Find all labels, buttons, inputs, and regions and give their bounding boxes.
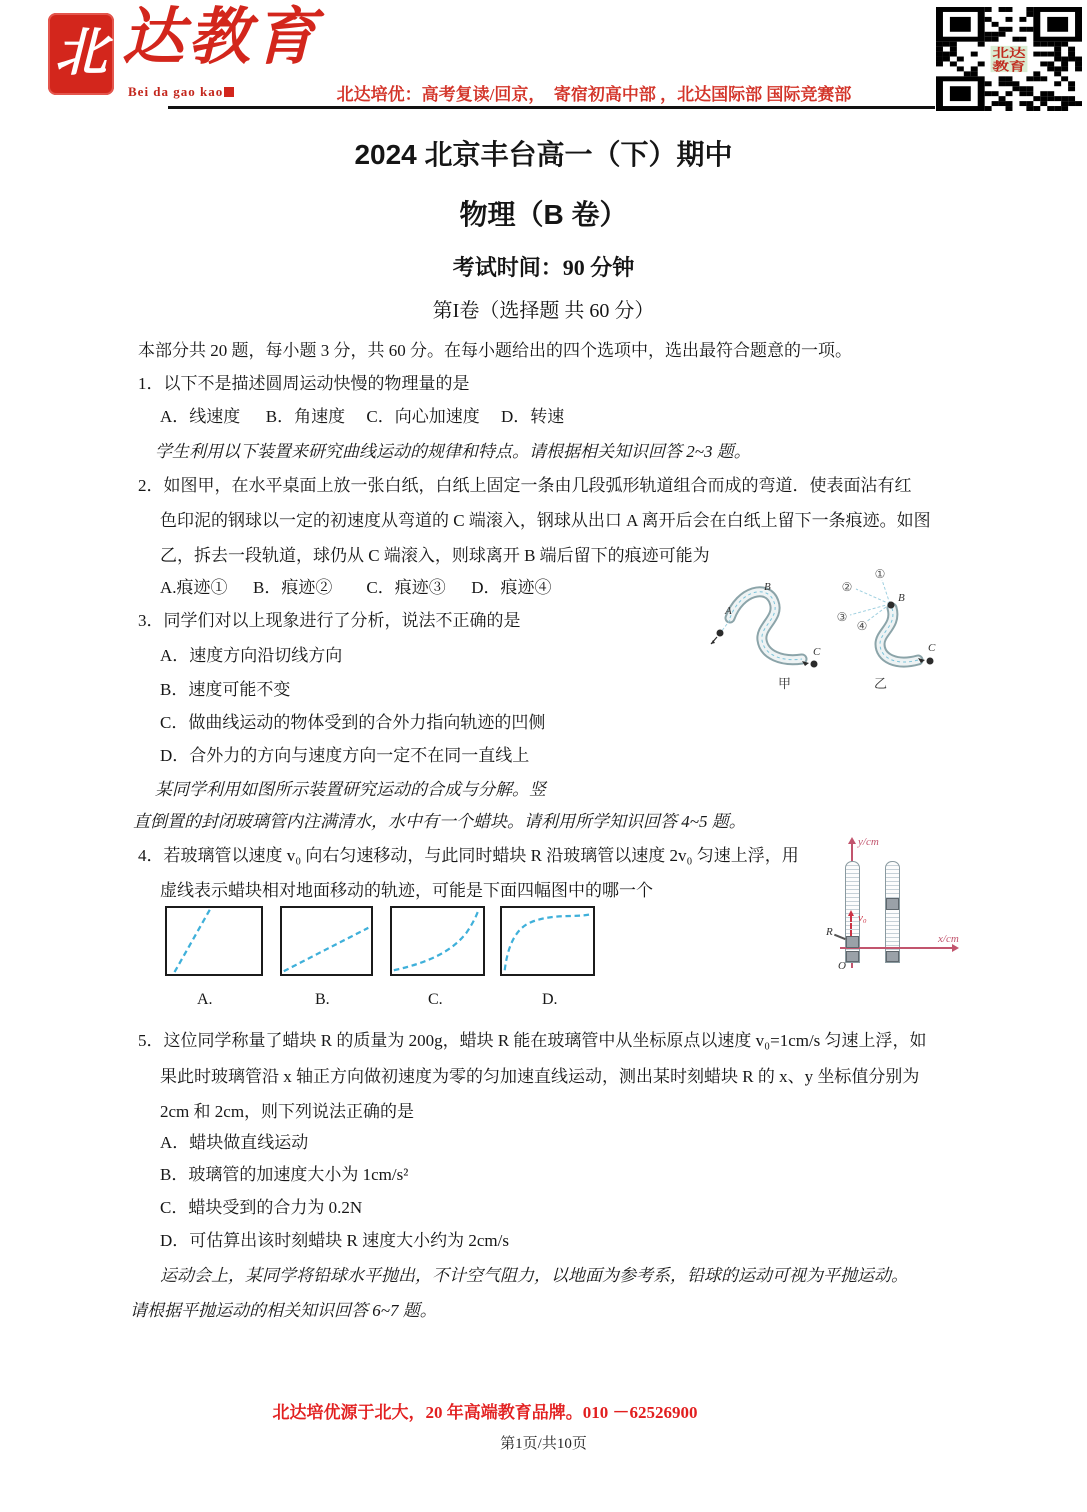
v0-velocity-arrow — [850, 916, 852, 936]
exam-title: 2024 北京丰台高一（下）期中 — [0, 133, 1087, 173]
header-divider — [168, 106, 935, 109]
question-4-line1: 4．若玻璃管以速度 v₀ 向右匀速移动，与此同时蜡块 R 沿玻璃管以速度 2v₀… — [138, 841, 799, 866]
glass-tube-figure: y/cm x/cm v₀ R O — [826, 828, 976, 1000]
note-q6-q7-line1: 运动会上，某同学将铅球水平抛出，不计空气阻力，以地面为参考系，铅球的运动可视为平… — [160, 1261, 908, 1286]
logo-seal-char: 北 — [55, 28, 107, 80]
graph-label-c: C. — [428, 991, 443, 1009]
track-jia-label-b: B — [764, 581, 771, 593]
track-jia-label-a: A — [724, 605, 732, 617]
logo-subtitle: Bei da gao kao — [128, 84, 223, 100]
question-4-line2: 虚线表示蜡块相对地面移动的轨迹，可能是下面四幅图中的哪一个 — [160, 876, 653, 901]
exam-page: 北 达教育 Bei da gao kao 北达培优：高考复读/回京， 寄宿初高中… — [0, 0, 1087, 1512]
logo-square-icon — [224, 87, 234, 97]
exam-duration: 考试时间：90 分钟 — [0, 251, 1087, 282]
question-5-option-b: B．玻璃管的加速度大小为 1cm/s² — [160, 1160, 408, 1185]
logo-seal: 北 — [48, 13, 114, 95]
trace-mark-3: ③ — [837, 610, 848, 624]
wax-block-left — [846, 936, 859, 948]
question-3-option-a: A．速度方向沿切线方向 — [160, 641, 342, 666]
question-3-option-b: B．速度可能不变 — [160, 675, 290, 700]
x-axis-arrow-icon — [952, 944, 959, 952]
track-yi-label-b: B — [898, 592, 905, 604]
v0-label: v₀ — [858, 912, 867, 924]
qr-center-label-2: 教育 — [991, 59, 1025, 74]
question-3-option-d: D．合外力的方向与速度方向一定不在同一直线上 — [160, 741, 529, 766]
y-axis-arrow-icon — [848, 837, 856, 844]
question-3-stem: 3．同学们对以上现象进行了分析，说法不正确的是 — [138, 606, 521, 631]
section-title: 第I卷（选择题 共 60 分） — [0, 294, 1087, 323]
section-intro: 本部分共 20 题，每小题 3 分，共 60 分。在每小题给出的四个选项中，选出… — [138, 336, 852, 361]
question-1-options: A．线速度 B．角速度 C．向心加速度 D．转速 — [160, 402, 564, 427]
question-1-stem: 1．以下不是描述圆周运动快慢的物理量的是 — [138, 369, 470, 394]
graph-label-b: B. — [315, 991, 330, 1009]
footer-slogan: 北达培优源于北大，20 年高端教育品牌。010 －62526900 — [245, 1398, 725, 1423]
subject-title: 物理（B 卷） — [0, 193, 1087, 233]
question-5-line3: 2cm 和 2cm，则下列说法正确的是 — [160, 1097, 414, 1122]
graph-label-d: D. — [542, 991, 558, 1009]
page-number: 第1页/共10页 — [0, 1432, 1087, 1453]
trajectory-graph-c — [390, 906, 485, 976]
trajectory-curve-c — [394, 910, 479, 970]
qr-center-label-1: 北达 — [992, 46, 1026, 60]
track-yi-label-c: C — [928, 642, 936, 654]
trace-mark-2: ② — [842, 580, 853, 594]
track-jia-caption: 甲 — [778, 676, 791, 691]
trajectory-graph-b — [280, 906, 373, 976]
trajectory-curve-d — [505, 915, 590, 971]
question-5-option-d: D．可估算出该时刻蜡块 R 速度大小约为 2cm/s — [160, 1226, 509, 1251]
track-jia: A B C 甲 — [711, 581, 821, 691]
track-jia-label-c: C — [813, 646, 821, 658]
qr-code: 北达 教育 — [936, 7, 1082, 111]
question-3-option-c: C．做曲线运动的物体受到的合外力指向轨迹的凹侧 — [160, 708, 545, 733]
question-2-line2: 色印泥的钢球以一定的初速度从弯道的 C 端滚入，钢球从出口 A 离开后会在白纸上… — [160, 506, 931, 531]
question-5-line2: 果此时玻璃管沿 x 轴正方向做初速度为零的匀加速直线运动，测出某时刻蜡块 R 的… — [160, 1062, 919, 1087]
question-5-option-a: A．蜡块做直线运动 — [160, 1128, 308, 1153]
note-q4-q5-line2: 直倒置的封闭玻璃管内注满清水，水中有一个蜡块。请利用所学知识回答 4~5 题。 — [133, 807, 746, 832]
track-yi-caption: 乙 — [874, 676, 887, 691]
origin-label: O — [838, 960, 846, 972]
question-2-line3: 乙，拆去一段轨道，球仍从 C 端滚入，则球离开 B 端后留下的痕迹可能为 — [160, 541, 710, 566]
header-tagline: 北达培优：高考复读/回京， 寄宿初高中部 ，北达国际部 国际竞赛部 — [280, 80, 908, 105]
question-5-line1: 5．这位同学称量了蜡块 R 的质量为 200g，蜡块 R 能在玻璃管中从坐标原点… — [138, 1026, 927, 1051]
trajectory-graph-a — [165, 906, 263, 976]
curved-track-figure: A B C 甲 ① ② ③ ④ B C 乙 — [696, 560, 966, 705]
v0-arrowhead-icon — [848, 910, 854, 916]
track-yi: ① ② ③ ④ B C 乙 — [837, 567, 936, 691]
logo-name: 达教育 — [122, 4, 320, 72]
wax-block-label: R — [826, 926, 833, 938]
track-yi-trace-lines — [850, 580, 890, 622]
question-2-options: A.痕迹① B．痕迹② C．痕迹③ D．痕迹④ — [160, 573, 551, 598]
note-q4-q5-line1: 某同学利用如图所示装置研究运动的合成与分解。竖 — [155, 775, 546, 800]
y-axis-label: y/cm — [858, 836, 879, 848]
question-2-line1: 2．如图甲，在水平桌面上放一张白纸，白纸上固定一条由几段弧形轨道组合而成的弯道．… — [138, 471, 912, 496]
trajectory-curve-a — [175, 909, 211, 972]
trace-mark-4: ④ — [857, 619, 868, 633]
graph-label-a: A. — [197, 991, 213, 1009]
x-axis-label: x/cm — [938, 933, 959, 945]
trace-mark-1: ① — [875, 567, 886, 581]
trajectory-curve-b — [284, 928, 369, 971]
trajectory-graph-d — [500, 906, 595, 976]
tube-base-left — [846, 951, 859, 962]
note-q6-q7-line2: 请根据平抛运动的相关知识回答 6~7 题。 — [130, 1296, 437, 1321]
tube-base-right — [886, 951, 899, 962]
note-q2-q3: 学生利用以下装置来研究曲线运动的规律和特点。请根据相关知识回答 2~3 题。 — [155, 437, 751, 462]
wax-block-right — [886, 898, 899, 910]
question-5-option-c: C．蜡块受到的合力为 0.2N — [160, 1193, 362, 1218]
